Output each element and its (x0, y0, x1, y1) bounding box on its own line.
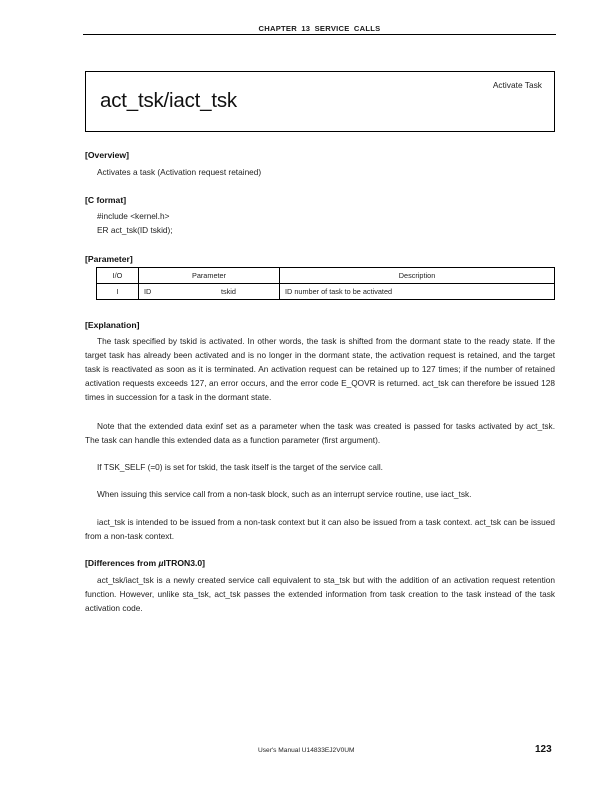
explanation-paragraph-2: Note that the extended data exinf set as… (85, 419, 555, 447)
column-header-description: Description (280, 268, 555, 284)
differences-text: act_tsk/iact_tsk is a newly created serv… (85, 573, 555, 615)
column-header-parameter: Parameter (139, 268, 280, 284)
footer-manual-id: User's Manual U14833EJ2V0UM (258, 747, 355, 754)
running-head: CHAPTER 13 SERVICE CALLS (83, 24, 556, 33)
table-row: I ID tskid ID number of task to be activ… (97, 284, 555, 300)
explanation-paragraph-3: If TSK_SELF (=0) is set for tskid, the t… (85, 460, 555, 474)
explanation-paragraph-1: The task specified by tskid is activated… (85, 334, 555, 404)
cell-io: I (97, 284, 139, 300)
parameter-heading: [Parameter] (85, 254, 133, 264)
page-subtitle: Activate Task (493, 80, 542, 90)
explanation-paragraph-5: iact_tsk is intended to be issued from a… (85, 515, 555, 543)
param-name: tskid (221, 287, 236, 296)
title-box: act_tsk/iact_tsk Activate Task (85, 71, 555, 132)
c-format-heading: [C format] (85, 195, 126, 205)
overview-text: Activates a task (Activation request ret… (97, 167, 261, 177)
page-number: 123 (535, 744, 552, 755)
page-title: act_tsk/iact_tsk (100, 89, 237, 113)
column-header-io: I/O (97, 268, 139, 284)
c-format-signature: ER act_tsk(ID tskid); (97, 225, 173, 235)
header-rule (83, 34, 556, 35)
c-format-include: #include <kernel.h> (97, 211, 169, 221)
cell-parameter: ID tskid (139, 284, 280, 300)
explanation-paragraph-4: When issuing this service call from a no… (85, 487, 555, 501)
differences-heading: [Differences from µITRON3.0] (85, 558, 205, 568)
parameter-table: I/O Parameter Description I ID tskid ID … (96, 267, 555, 300)
table-header-row: I/O Parameter Description (97, 268, 555, 284)
overview-heading: [Overview] (85, 150, 129, 160)
cell-description: ID number of task to be activated (280, 284, 555, 300)
explanation-heading: [Explanation] (85, 320, 139, 330)
differences-heading-suffix: ITRON3.0] (164, 558, 206, 568)
param-type: ID (144, 287, 151, 296)
differences-heading-prefix: [Differences from (85, 558, 159, 568)
